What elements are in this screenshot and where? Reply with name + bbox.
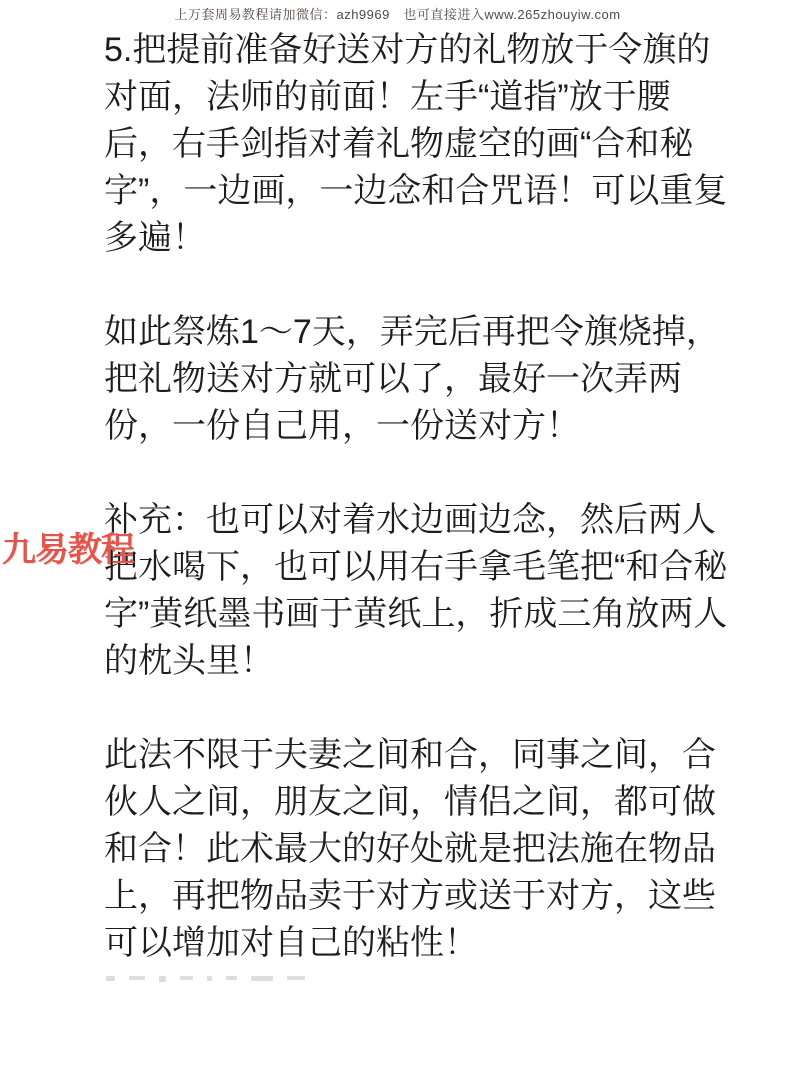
text-line: 补充：也可以对着水边画边念，然后两人 [104, 497, 704, 544]
paragraph: 此法不限于夫妻之间和合，同事之间，合伙人之间，朋友之间，情侣之间，都可做和合！此… [104, 732, 704, 967]
text-line: 伙人之间，朋友之间，情侣之间，都可做 [104, 779, 704, 826]
text-line: 此法不限于夫妻之间和合，同事之间，合 [104, 732, 704, 779]
text-line: 把礼物送对方就可以了，最好一次弄两 [104, 356, 704, 403]
header-notice: 上万套周易教程请加微信：azh9969 也可直接进入www.265zhouyiw… [0, 4, 795, 23]
text-line: 把水喝下，也可以用右手拿毛笔把“和合秘 [104, 544, 704, 591]
text-line: 上，再把物品卖于对方或送于对方，这些 [104, 873, 704, 920]
paragraph: 如此祭炼1～7天，弄完后再把令旗烧掉，把礼物送对方就可以了，最好一次弄两份，一份… [104, 309, 704, 450]
text-line: 的枕头里！ [104, 638, 704, 685]
paragraph: 5.把提前准备好送对方的礼物放于令旗的对面，法师的前面！左手“道指”放于腰后，右… [104, 27, 704, 262]
text-line: 对面，法师的前面！左手“道指”放于腰 [104, 74, 704, 121]
text-line: 可以增加对自己的粘性！ [104, 920, 704, 967]
text-line: 和合！此术最大的好处就是把法施在物品 [104, 826, 704, 873]
text-line: 如此祭炼1～7天，弄完后再把令旗烧掉， [104, 309, 704, 356]
text-line: 份，一份自己用，一份送对方！ [104, 403, 704, 450]
text-line: 多遍！ [104, 215, 704, 262]
text-line: 字”，一边画，一边念和合咒语！可以重复 [104, 168, 704, 215]
content: 5.把提前准备好送对方的礼物放于令旗的对面，法师的前面！左手“道指”放于腰后，右… [104, 27, 704, 967]
paragraph: 补充：也可以对着水边画边念，然后两人把水喝下，也可以用右手拿毛笔把“和合秘字”黄… [104, 497, 704, 685]
cutoff-text-line [106, 976, 386, 986]
watermark: 九易教程 [2, 522, 134, 571]
text-line: 后，右手剑指对着礼物虚空的画“合和秘 [104, 121, 704, 168]
text-line: 字”黄纸墨书画于黄纸上，折成三角放两人 [104, 591, 704, 638]
text-line: 5.把提前准备好送对方的礼物放于令旗的 [104, 27, 704, 74]
document-page: 上万套周易教程请加微信：azh9969 也可直接进入www.265zhouyiw… [0, 0, 795, 1078]
